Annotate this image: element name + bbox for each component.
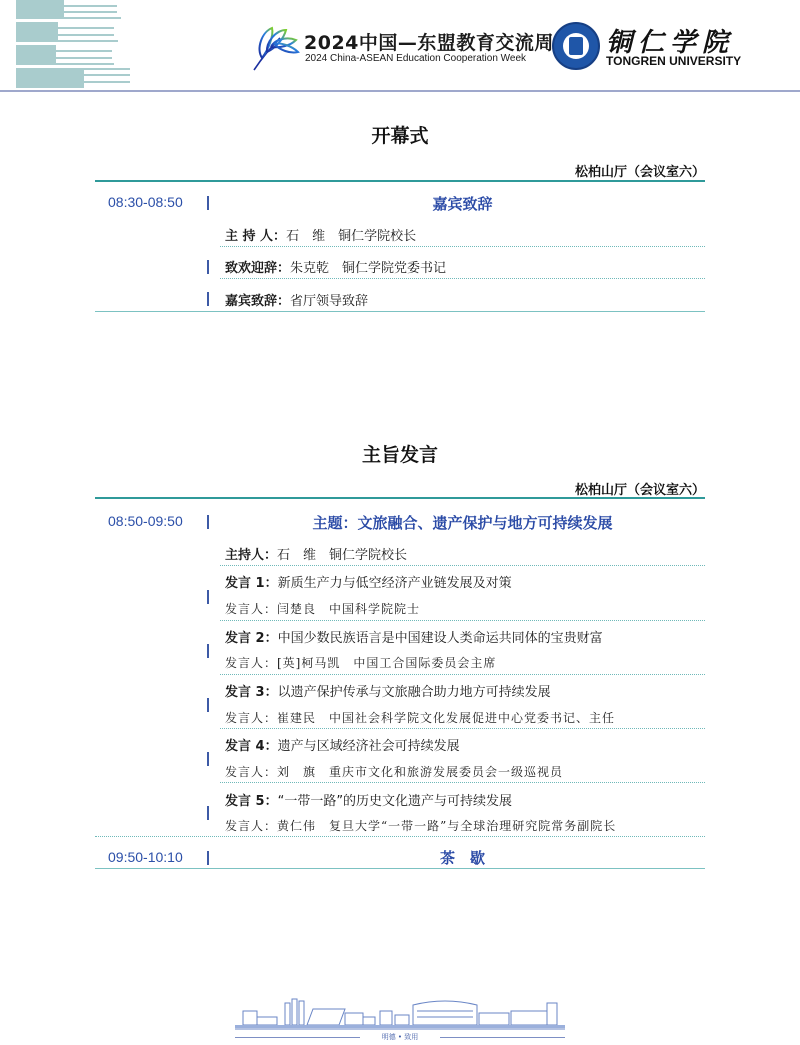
footer-divider-left <box>235 1037 360 1038</box>
talk-topic: 新质生产力与低空经济产业链发展及对策 <box>278 576 512 591</box>
session-title: 主题：文旅融合、遗产保护与地方可持续发展 <box>220 512 705 533</box>
talk-4-speaker: 发言人：刘 旗 重庆市文化和旅游发展委员会一级巡视员 <box>225 763 563 780</box>
row-divider <box>220 565 705 566</box>
talk-4-topic: 发言 4：遗产与区域经济社会可持续发展 <box>225 735 460 754</box>
section-opening-ceremony: 开幕式 松柏山厅（会议室六） 08:30-08:50 嘉宾致辞 主 持 人：石 … <box>95 118 705 318</box>
venue-label: 松柏山厅（会议室六） <box>575 479 705 498</box>
footer-divider-right <box>440 1037 565 1038</box>
section-title: 主旨发言 <box>95 440 705 467</box>
block-divider <box>95 836 705 837</box>
time-separator <box>207 515 209 529</box>
section-bottom-rule <box>95 868 705 869</box>
row-divider <box>220 278 705 279</box>
row-marker <box>207 698 209 712</box>
session-time: 08:30-08:50 <box>108 194 183 210</box>
page-header: 2024中国—东盟教育交流周 2024 China-ASEAN Educatio… <box>0 0 800 92</box>
row-label: 主持人： <box>225 548 277 563</box>
event-title: 2024中国—东盟教育交流周 <box>304 28 554 55</box>
row-marker <box>207 752 209 766</box>
university-name-en: TONGREN UNIVERSITY <box>606 54 741 68</box>
talk-topic: 中国少数民族语言是中国建设人类命运共同体的宝贵财富 <box>278 631 603 646</box>
welcome-speech-row: 致欢迎辞：朱克乾 铜仁学院党委书记 <box>225 257 446 276</box>
row-value: 省厅领导致辞 <box>290 294 368 309</box>
row-marker <box>207 806 209 820</box>
host-row: 主 持 人：石 维 铜仁学院校长 <box>225 225 416 244</box>
talk-3-speaker: 发言人：崔建民 中国社会科学院文化发展促进中心党委书记、主任 <box>225 709 615 726</box>
header-divider <box>0 90 800 92</box>
row-value: 石 维 铜仁学院校长 <box>286 229 416 244</box>
talk-topic: 以遗产保护传承与文旅融合助力地方可持续发展 <box>278 685 551 700</box>
row-marker <box>207 590 209 604</box>
section-title: 开幕式 <box>95 121 705 148</box>
book-stack-decoration-icon <box>16 0 116 88</box>
tea-break-title: 茶 歇 <box>220 847 705 868</box>
row-marker <box>207 644 209 658</box>
row-marker <box>207 292 209 306</box>
row-divider <box>220 728 705 729</box>
row-value: 朱克乾 铜仁学院党委书记 <box>290 261 446 276</box>
talk-2-speaker: 发言人：[英]柯马凯 中国工合国际委员会主席 <box>225 654 496 671</box>
talk-topic: 遗产与区域经济社会可持续发展 <box>278 739 460 754</box>
time-separator <box>207 196 209 210</box>
host-row: 主持人：石 维 铜仁学院校长 <box>225 544 407 563</box>
event-subtitle: 2024 China-ASEAN Education Cooperation W… <box>305 53 526 64</box>
section-bottom-rule <box>95 311 705 312</box>
row-divider <box>220 782 705 783</box>
time-separator <box>207 851 209 865</box>
venue-label: 松柏山厅（会议室六） <box>575 161 705 180</box>
section-keynote: 主旨发言 松柏山厅（会议室六） 08:50-09:50 主题：文旅融合、遗产保护… <box>95 438 705 878</box>
talk-label: 发言 1： <box>225 576 278 591</box>
session-title: 嘉宾致辞 <box>220 193 705 214</box>
guest-speech-row: 嘉宾致辞：省厅领导致辞 <box>225 290 368 309</box>
row-value: 石 维 铜仁学院校长 <box>277 548 407 563</box>
section-divider <box>95 497 705 499</box>
talk-3-topic: 发言 3：以遗产保护传承与文旅融合助力地方可持续发展 <box>225 681 551 700</box>
row-marker <box>207 260 209 274</box>
session-time: 09:50-10:10 <box>108 849 183 865</box>
talk-label: 发言 2： <box>225 631 278 646</box>
university-seal-icon <box>552 22 600 70</box>
talk-2-topic: 发言 2：中国少数民族语言是中国建设人类命运共同体的宝贵财富 <box>225 627 603 646</box>
talk-label: 发言 3： <box>225 685 278 700</box>
row-divider <box>220 620 705 621</box>
talk-1-speaker: 发言人：闫楚良 中国科学院院士 <box>225 600 420 617</box>
campus-skyline-icon <box>235 995 565 1031</box>
row-divider <box>220 246 705 247</box>
session-time: 08:50-09:50 <box>108 513 183 529</box>
talk-1-topic: 发言 1：新质生产力与低空经济产业链发展及对策 <box>225 572 512 591</box>
talk-5-speaker: 发言人：黄仁伟 复旦大学“一带一路”与全球治理研究院常务副院长 <box>225 817 616 834</box>
section-divider <box>95 180 705 182</box>
row-divider <box>220 674 705 675</box>
row-label: 致欢迎辞： <box>225 261 290 276</box>
row-label: 嘉宾致辞： <box>225 294 290 309</box>
page-footer: 明德 • 致用 <box>235 995 565 1045</box>
talk-topic: “一带一路”的历史文化遗产与可持续发展 <box>278 794 512 809</box>
leaf-swirl-logo-icon <box>250 22 302 72</box>
talk-label: 发言 5： <box>225 794 278 809</box>
footer-motto: 明德 • 致用 <box>365 1032 435 1042</box>
talk-5-topic: 发言 5：“一带一路”的历史文化遗产与可持续发展 <box>225 790 512 809</box>
row-label: 主 持 人： <box>225 229 286 244</box>
talk-label: 发言 4： <box>225 739 278 754</box>
